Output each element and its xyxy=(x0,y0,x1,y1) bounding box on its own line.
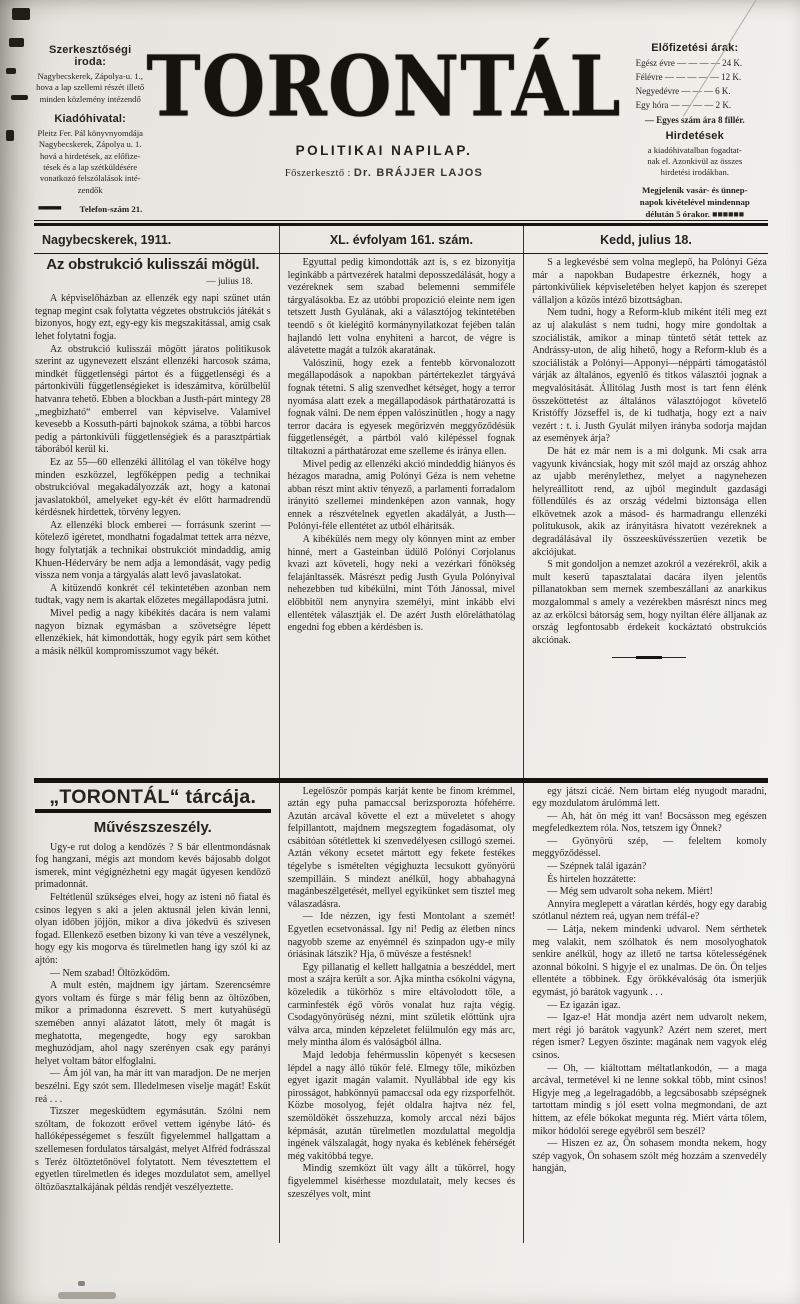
paragraph: hirdetési irodákban. xyxy=(622,167,768,178)
paragraph: zendők xyxy=(34,185,146,196)
ink-smudge xyxy=(12,8,30,20)
article-title: Az obstrukció kulisszái mögül. xyxy=(35,259,271,272)
publication-schedule: Megjelenik vasár- és ünnep-napok kivétel… xyxy=(622,185,768,221)
feuilleton-column-1-text: Ugy-e rut dolog a kendőzés ? S bár ellen… xyxy=(35,842,271,1195)
paragraph: minden közlemény intézendő xyxy=(34,94,146,105)
paragraph: De hát ez már nem is a mi dolgunk. Mi cs… xyxy=(532,446,767,559)
paragraph: Félévre — — — — — 12 K. xyxy=(622,71,768,85)
paragraph: Mindig szemközt ült vagy állt a tükörrel… xyxy=(288,1163,516,1201)
paragraph: napok kivételével mindennap xyxy=(622,197,768,209)
ink-smudge xyxy=(11,95,28,100)
paragraph: Ez az 55—60 ellenzéki állitólag el van t… xyxy=(35,457,271,520)
single-copy-price: — Egyes szám ára 8 fillér. xyxy=(622,115,768,125)
ink-smudge xyxy=(6,68,16,74)
article-column-2-text: Egyuttal pedig kimondották azt is, s ez … xyxy=(288,257,516,635)
dateline-issue: XL. évfolyam 161. szám. xyxy=(279,226,524,253)
editor-prefix: Főszerkesztő : xyxy=(285,168,354,179)
feuilleton-column-3-text: egy játszi cicáé. Nem birtam elég nyugod… xyxy=(532,786,767,1176)
ink-smudge xyxy=(58,1292,116,1299)
paragraph: A képviselőházban az ellenzék egy napi s… xyxy=(35,293,271,343)
paragraph: — Ah, hát ön még itt van! Bocsásson meg … xyxy=(532,811,767,836)
paragraph: — Még sem udvarolt soha nekem. Miért! xyxy=(532,886,767,899)
paragraph: Egy hóra — — — — 2 K. xyxy=(622,99,768,113)
masthead: Szerkesztőségi iroda: Nagybecskerek, Záp… xyxy=(34,30,768,220)
paragraph: Feltétlenül szükséges elvei, hogy az ist… xyxy=(35,892,271,968)
feuilleton-column-2-text: Legelőször pompás karját kente be finom … xyxy=(288,786,516,1202)
dateline-date: Kedd, julius 18. xyxy=(523,226,768,253)
paper-title: TORONTÁL xyxy=(146,46,621,129)
feuilleton-section: „TORONTÁL“ tárcája. Művészszeszély. Ugy-… xyxy=(34,783,768,1243)
paragraph: Majd ledobja fehérmusslin köpenyét s kec… xyxy=(288,1050,516,1163)
paper-subtitle: POLITIKAI NAPILAP. xyxy=(146,143,621,158)
ads-title: Hirdetések xyxy=(622,130,768,142)
editorial-office-box: Szerkesztőségi iroda: Nagybecskerek, Záp… xyxy=(34,30,146,220)
paragraph: délután 5 órakor. ■■■■■■ xyxy=(622,209,768,221)
article-column-1-text: A képviselőházban az ellenzék egy napi s… xyxy=(35,293,271,658)
paragraph: nak el. Azonkivül az összes xyxy=(622,156,768,167)
dateline: Nagybecskerek, 1911. XL. évfolyam 161. s… xyxy=(34,226,768,253)
paragraph: A kibékülés nem megy oly könnyen mint az… xyxy=(288,534,516,635)
paragraph: Mivel pedig az ellenzéki akció mindeddig… xyxy=(288,459,516,535)
paragraph: Ugy-e rut dolog a kendőzés ? S bár ellen… xyxy=(35,842,271,892)
feuilleton-column-3: egy játszi cicáé. Nem birtam elég nyugod… xyxy=(523,783,768,1243)
paragraph: Tizszer megesküdtem egymásután. Szólni n… xyxy=(35,1106,271,1194)
paragraph: És hirtelen hozzátette: xyxy=(532,874,767,887)
feuilleton-column-1: „TORONTÁL“ tárcája. Művészszeszély. Ugy-… xyxy=(34,783,279,1243)
paragraph: — Szépnek talál igazán? xyxy=(532,861,767,874)
article-column-2: Egyuttal pedig kimondották azt is, s ez … xyxy=(279,254,524,778)
paragraph: Egy pillanatig el kellett hallgatnia a b… xyxy=(288,962,516,1050)
paragraph: Egész évre — — — — 24 K. xyxy=(622,57,768,71)
paragraph: — Nem szabad! Öltözködöm. xyxy=(35,968,271,981)
ink-blocks-icon: ■■■■■■■ xyxy=(38,204,61,214)
newspaper-page: Szerkesztőségi iroda: Nagybecskerek, Záp… xyxy=(0,0,800,1304)
paragraph: a kiadóhivatalban fogadtat- xyxy=(622,145,768,156)
paragraph: vonatkozó felszólalások inté- xyxy=(34,173,146,184)
paragraph: Nem tudni, hogy a Reform-klub miként ité… xyxy=(532,307,767,446)
end-of-article-divider xyxy=(612,656,686,659)
ink-smudge xyxy=(9,38,24,47)
ink-smudge xyxy=(6,130,14,141)
editor-name: Dr. BRÁJJER LAJOS xyxy=(354,167,483,179)
paragraph: egy játszi cicáé. Nem birtam elég nyugod… xyxy=(532,786,767,811)
paragraph: Az obstrukció kulisszái mögött járatos p… xyxy=(35,344,271,457)
dateline-place: Nagybecskerek, 1911. xyxy=(34,233,279,247)
paragraph: — Ez igazán igaz. xyxy=(532,1000,767,1013)
feuilleton-column-2: Legelőször pompás karját kente be finom … xyxy=(279,783,524,1243)
feuilleton-header: „TORONTÁL“ tárcája. xyxy=(35,786,271,814)
ink-smudge xyxy=(78,1281,85,1286)
paragraph: A kitüzendő konkrét cél tekintetében azo… xyxy=(35,583,271,608)
paragraph: hová a hirdetések, az előfize- xyxy=(34,151,146,162)
subscription-prices: Egész évre — — — — 24 K.Félévre — — — — … xyxy=(622,57,768,113)
article-column-3-text: S a legkevésbé sem volna meglepő, ha Pol… xyxy=(532,257,767,647)
paragraph: A mult estén, majdnem igy jártam. Szeren… xyxy=(35,980,271,1068)
paragraph: — Ide nézzen, igy festi Montolant a szem… xyxy=(288,911,516,961)
paragraph: — Gyönyörü szép, — feleltem komoly meggy… xyxy=(532,836,767,861)
lead-article-section: Az obstrukció kulisszái mögül. — julius … xyxy=(34,254,768,778)
paragraph: — Igaz-e! Hát mondja azért nem udvarolt … xyxy=(532,1012,767,1062)
telephone-number: Telefon-szám 21. xyxy=(80,204,143,214)
paragraph: Az ellenzéki block emberei — forrásunk s… xyxy=(35,520,271,583)
paragraph: Mivel pedig a nagy kibékités dacára is n… xyxy=(35,608,271,658)
paragraph: Nagybecskerek, Zápolya-u. 1., xyxy=(34,71,146,82)
article-column-1: Az obstrukció kulisszái mögül. — julius … xyxy=(34,254,279,778)
editor-line: Főszerkesztő : Dr. BRÁJJER LAJOS xyxy=(146,167,621,179)
publisher-title: Kiadóhivatal: xyxy=(34,113,146,125)
paragraph: Pleitz Fer. Pál könyvnyomdája xyxy=(34,128,146,139)
paragraph: — Oh, — kiáltottam méltatlankodón, — a m… xyxy=(532,1063,767,1139)
paragraph: Nagybecskerek, Zápolya u. 1. xyxy=(34,139,146,150)
telephone-row: ■■■■■■■ Telefon-szám 21. xyxy=(34,204,146,214)
paragraph: — Hiszen ez az, Ön sohasem mondta nekem,… xyxy=(532,1138,767,1176)
paragraph: Legelőször pompás karját kente be finom … xyxy=(288,786,516,912)
paragraph: — Ám jól van, ha már itt van maradjon. D… xyxy=(35,1068,271,1106)
paragraph: S mit gondoljon a nemzet azokról a vezér… xyxy=(532,559,767,647)
subscription-box: Előfizetési árak: Egész évre — — — — 24 … xyxy=(622,30,768,220)
paragraph: hova a lap szellemi részét illető xyxy=(34,82,146,93)
article-column-3: S a legkevésbé sem volna meglepő, ha Pol… xyxy=(523,254,768,778)
masthead-center: TORONTÁL POLITIKAI NAPILAP. Főszerkesztő… xyxy=(146,30,621,220)
editorial-office-lines: Nagybecskerek, Zápolya-u. 1.,hova a lap … xyxy=(34,71,146,105)
paragraph: Annyira meglepett a váratlan kérdés, hog… xyxy=(532,899,767,924)
paragraph: tések és a lap szétküldésére xyxy=(34,162,146,173)
paragraph: Egyuttal pedig kimondották azt is, s ez … xyxy=(288,257,516,358)
feuilleton-title: Művészszeszély. xyxy=(35,822,271,835)
paragraph: — Látja, nekem mindenki udvarol. Nem sér… xyxy=(532,924,767,1000)
ads-lines: a kiadóhivatalban fogadtat-nak el. Azonk… xyxy=(622,145,768,179)
subscription-title: Előfizetési árak: xyxy=(622,42,768,54)
paragraph: Valószinü, hogy ezek a fentebb körvonalo… xyxy=(288,358,516,459)
editorial-office-title: Szerkesztőségi iroda: xyxy=(34,44,146,68)
publisher-lines: Pleitz Fer. Pál könyvnyomdájaNagybecsker… xyxy=(34,128,146,196)
paragraph: S a legkevésbé sem volna meglepő, ha Pol… xyxy=(532,257,767,307)
article-date: — julius 18. xyxy=(35,276,271,289)
paragraph: Megjelenik vasár- és ünnep- xyxy=(622,185,768,197)
